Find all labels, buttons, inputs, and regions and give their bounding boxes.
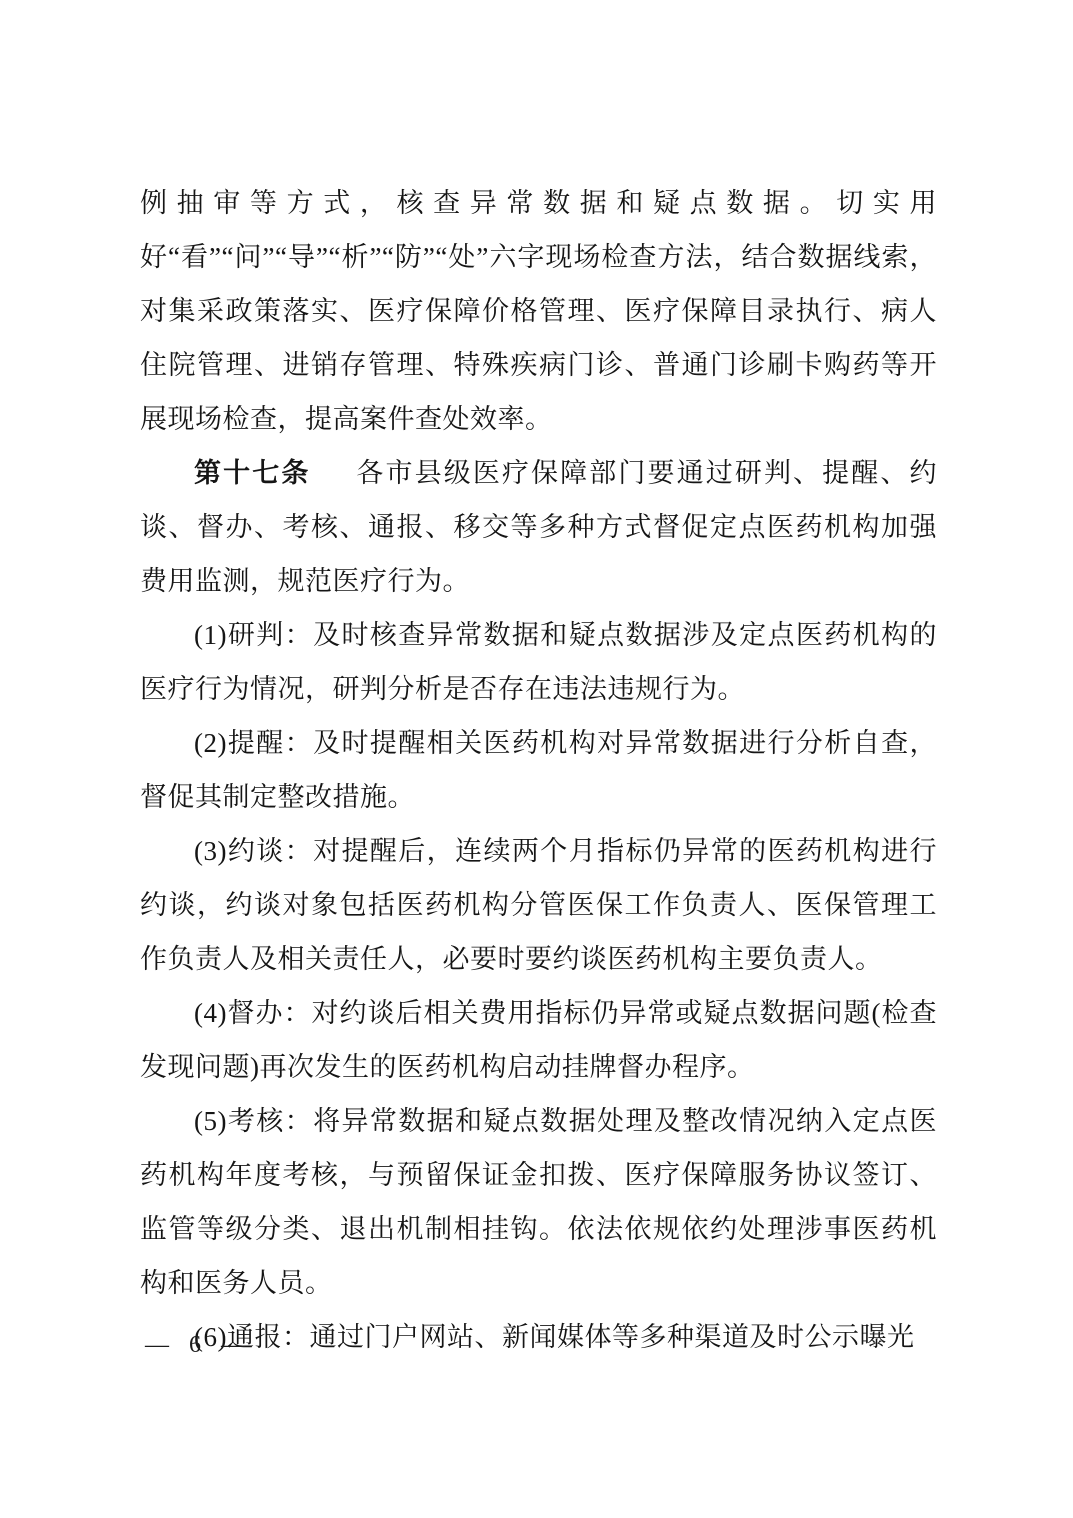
- paragraph-text: (2)提醒：及时提醒相关医药机构对异常数据进行分析自查，督促其制定整改措施。: [140, 728, 937, 812]
- paragraph: 例抽审等方式，核查异常数据和疑点数据。切实用好“看”“问”“导”“析”“防”“处…: [140, 176, 937, 446]
- paragraph: (4)督办：对约谈后相关费用指标仍异常或疑点数据问题(检查发现问题)再次发生的医…: [140, 986, 937, 1094]
- article-number-heading: 第十七条: [194, 458, 310, 488]
- page-number: — 6 —: [145, 1329, 246, 1361]
- paragraph: (3)约谈：对提醒后，连续两个月指标仍异常的医药机构进行约谈，约谈对象包括医药机…: [140, 824, 937, 986]
- paragraph-text: (3)约谈：对提醒后，连续两个月指标仍异常的医药机构进行约谈，约谈对象包括医药机…: [140, 836, 937, 974]
- paragraph-text: (4)督办：对约谈后相关费用指标仍异常或疑点数据问题(检查发现问题)再次发生的医…: [140, 998, 937, 1082]
- document-body: 例抽审等方式，核查异常数据和疑点数据。切实用好“看”“问”“导”“析”“防”“处…: [140, 176, 937, 1364]
- paragraph: (6)通报：通过门户网站、新闻媒体等多种渠道及时公示曝光: [140, 1310, 937, 1364]
- paragraph-text: (1)研判：及时核查异常数据和疑点数据涉及定点医药机构的医疗行为情况，研判分析是…: [140, 620, 937, 704]
- paragraph-text: (6)通报：通过门户网站、新闻媒体等多种渠道及时公示曝光: [194, 1322, 914, 1352]
- paragraph-text: (5)考核：将异常数据和疑点数据处理及整改情况纳入定点医药机构年度考核，与预留保…: [140, 1106, 937, 1298]
- paragraph: (5)考核：将异常数据和疑点数据处理及整改情况纳入定点医药机构年度考核，与预留保…: [140, 1094, 937, 1310]
- paragraph-text: 例抽审等方式，核查异常数据和疑点数据。切实用好“看”“问”“导”“析”“防”“处…: [140, 188, 937, 434]
- document-page: 例抽审等方式，核查异常数据和疑点数据。切实用好“看”“问”“导”“析”“防”“处…: [0, 0, 1073, 1518]
- paragraph: 第十七条各市县级医疗保障部门要通过研判、提醒、约谈、督办、考核、通报、移交等多种…: [140, 446, 937, 608]
- paragraph: (2)提醒：及时提醒相关医药机构对异常数据进行分析自查，督促其制定整改措施。: [140, 716, 937, 824]
- paragraph: (1)研判：及时核查异常数据和疑点数据涉及定点医药机构的医疗行为情况，研判分析是…: [140, 608, 937, 716]
